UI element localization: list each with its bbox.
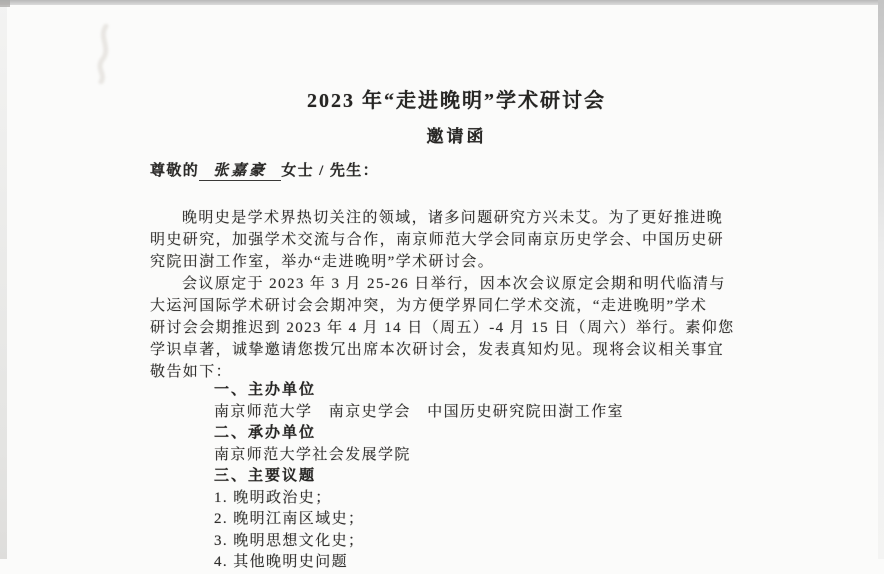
scanned-document-page: 2023 年“走进晚明”学术研讨会 邀请函 尊敬的张嘉豪女士 / 先生： 晚明史… [150, 0, 763, 559]
document-subtitle: 邀请函 [150, 122, 763, 147]
paragraph-schedule: 会议原定于 2023 年 3 月 25-26 日举行，因本次会议原定会期和明代临… [150, 273, 763, 383]
recipient-name: 张嘉豪 [199, 159, 281, 181]
section-heading-host: 二、承办单位 [150, 423, 763, 445]
topic-item: 1. 晚明政治史； [150, 488, 763, 510]
scan-edge-right [878, 0, 884, 559]
salutation-prefix: 尊敬的 [150, 163, 199, 179]
paragraph-line: 会议原定于 2023 年 3 月 25-26 日举行，因本次会议原定会期和明代临… [150, 273, 763, 295]
paragraph-intro: 晚明史是学术界热切关注的领域，诸多问题研究方兴未艾。为了更好推进晚 明史研究，加… [150, 207, 763, 273]
document-title: 2023 年“走进晚明”学术研讨会 [150, 84, 763, 113]
section-body-host: 南京师范大学社会发展学院 [150, 445, 763, 467]
paragraph-line: 研讨会会期推迟到 2023 年 4 月 14 日（周五）-4 月 15 日（周六… [150, 317, 763, 339]
paper-smudge [88, 24, 122, 84]
paragraph-line: 晚明史是学术界热切关注的领域，诸多问题研究方兴未艾。为了更好推进晚 [150, 207, 763, 229]
salutation-line: 尊敬的张嘉豪女士 / 先生： [150, 159, 763, 181]
section-list: 一、主办单位 南京师范大学 南京史学会 中国历史研究院田澍工作室 二、承办单位 … [150, 380, 763, 559]
section-heading-topics: 三、主要议题 [150, 466, 763, 488]
paragraph-line: 大运河国际学术研讨会会期冲突，为方便学界同仁学术交流，“走进晚明”学术 [150, 295, 763, 317]
topic-item: 2. 晚明江南区域史； [150, 509, 763, 531]
scan-edge-left [0, 0, 7, 559]
topic-item: 3. 晚明思想文化史； [150, 531, 763, 553]
section-body-organizers: 南京师范大学 南京史学会 中国历史研究院田澍工作室 [150, 402, 763, 424]
paragraph-line: 学识卓著，诚挚邀请您拨冗出席本次研讨会，发表真知灼见。现将会议相关事宜 [150, 339, 763, 361]
paragraph-line: 究院田澍工作室，举办“走进晚明”学术研讨会。 [150, 251, 763, 273]
topic-item: 4. 其他晚明史问题 [150, 552, 763, 559]
paragraph-line: 明史研究，加强学术交流与合作，南京师范大学会同南京历史学会、中国历史研 [150, 229, 763, 251]
scan-corner-mark [0, 0, 10, 7]
salutation-suffix: 女士 / 先生： [281, 163, 379, 179]
section-heading-organizers: 一、主办单位 [150, 380, 763, 402]
